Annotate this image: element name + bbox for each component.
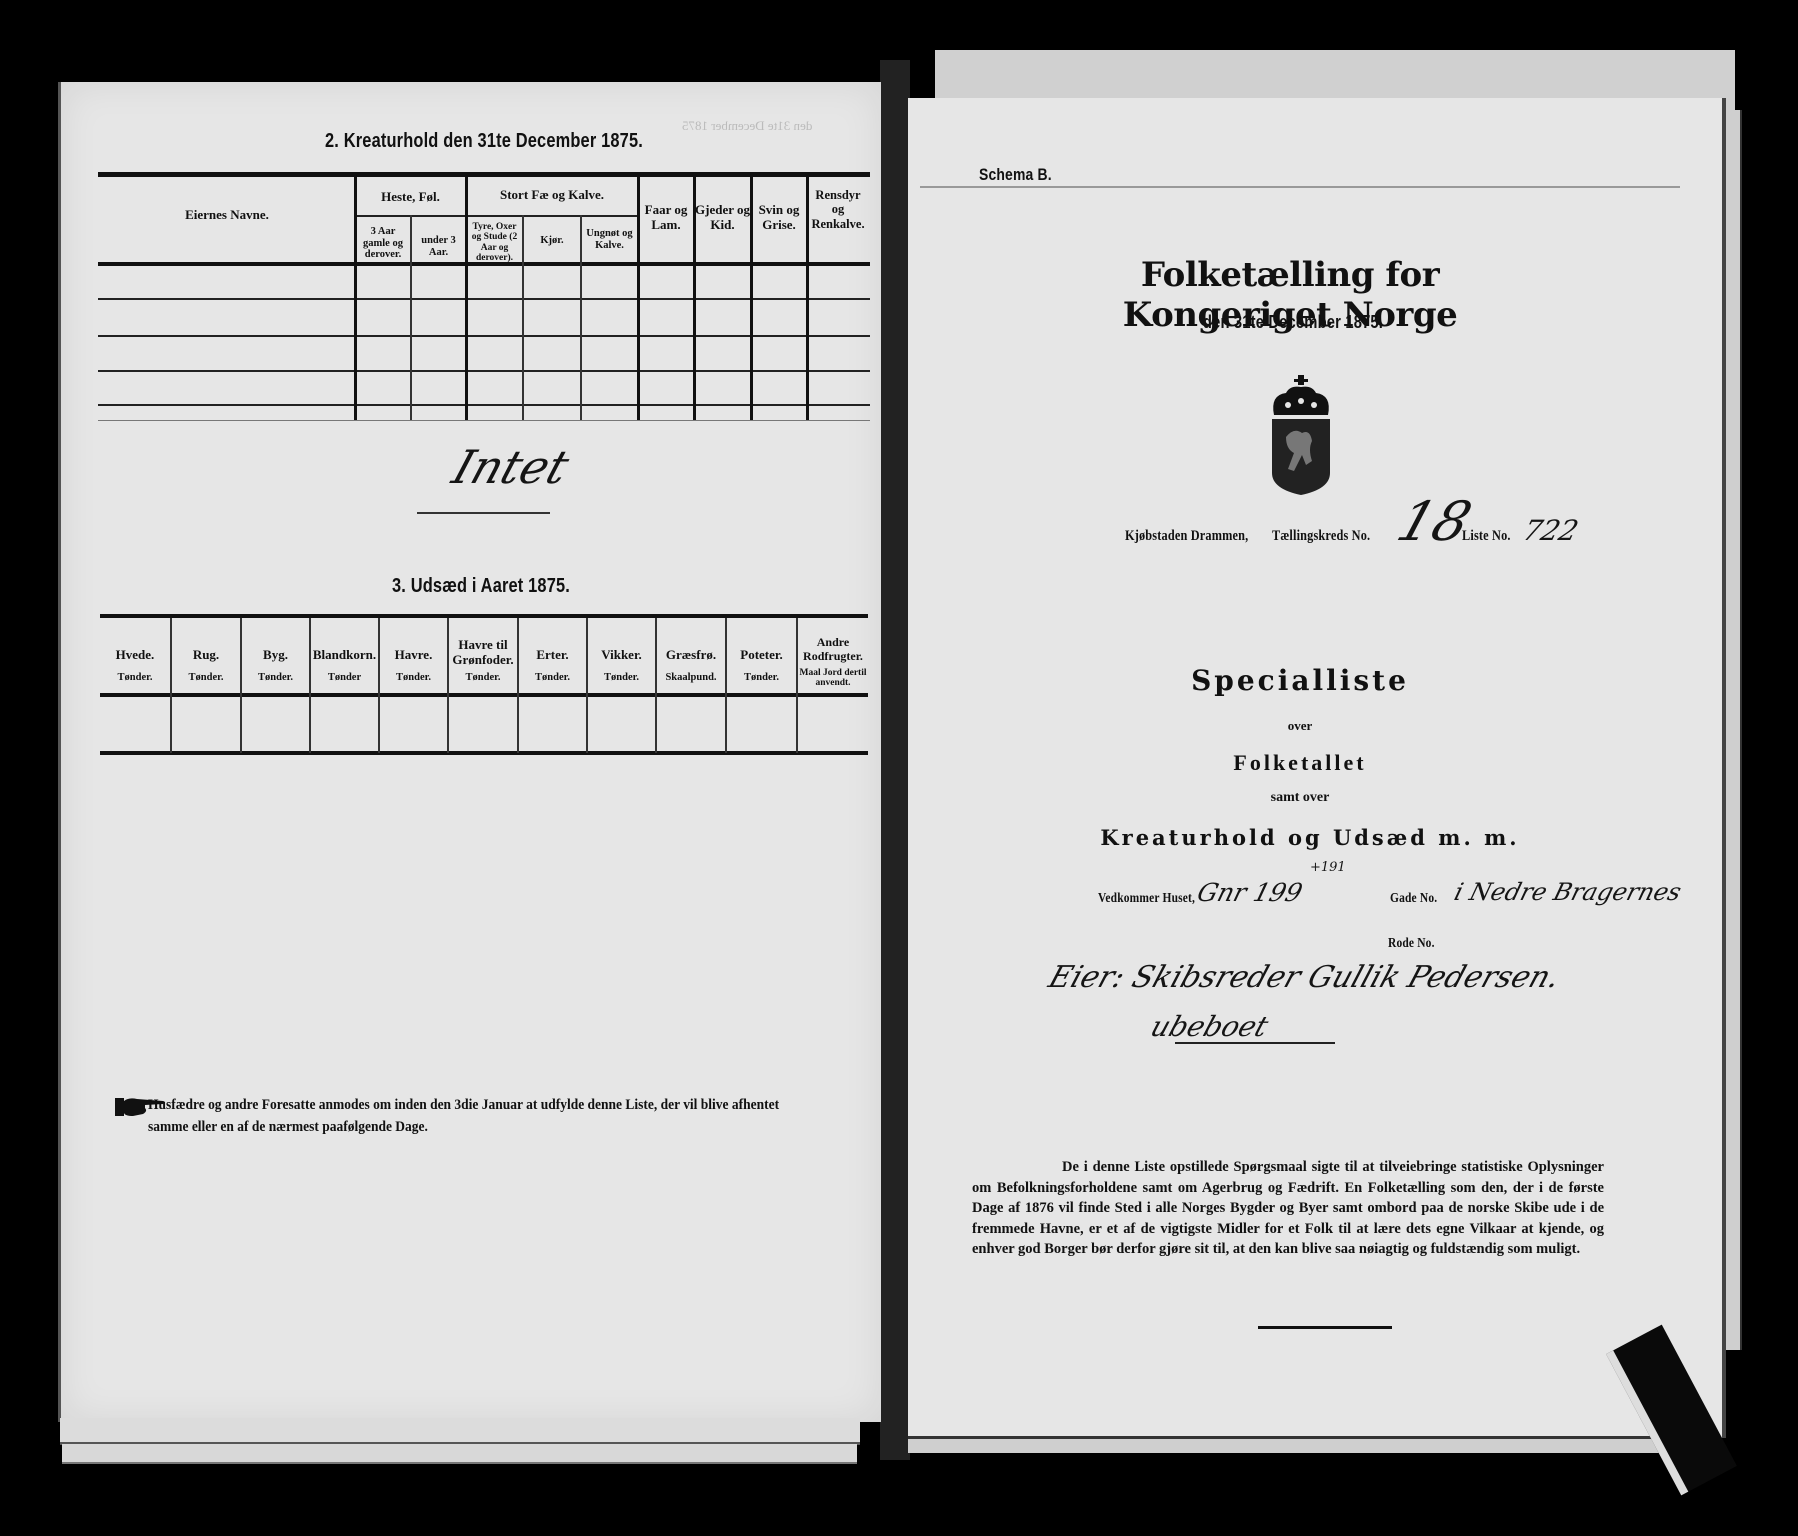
col-peas: Erter. [519, 648, 586, 663]
table-row [98, 370, 870, 372]
folketallet-text: Folketallet [1180, 750, 1420, 776]
faint-rule [920, 186, 1680, 188]
livestock-section-title: 2. Kreaturhold den 31te December 1875. [325, 130, 643, 153]
table-row [98, 335, 870, 337]
bleed-through-text: den 31te December 1875 [682, 118, 812, 134]
column-divider [354, 174, 357, 420]
header-bottom-rule [100, 693, 868, 697]
col-cattle-young: Ungnøt og Kalve. [582, 228, 637, 251]
col-horses-3yr: 3 Aar gamle og derover. [356, 226, 410, 261]
notice-text: Husfædre og andre Foresatte anmodes om i… [148, 1094, 780, 1138]
col-mixed-grain: Blandkorn. [311, 648, 378, 663]
col-vetch-unit: Tønder. [588, 672, 655, 683]
subheader-rule [354, 215, 638, 217]
book-binding [880, 60, 910, 1460]
col-vetch: Vikker. [588, 648, 655, 663]
left-page-edge [60, 1418, 860, 1445]
col-peas-unit: Tønder. [519, 672, 586, 683]
col-sheep: Faar og Lam. [639, 203, 693, 233]
left-page-edge-lower [62, 1444, 857, 1464]
house-number-superscript: +191 [1310, 860, 1346, 875]
handwritten-intet: Intet [446, 440, 576, 494]
column-divider [240, 618, 242, 753]
district-label: Tællingskreds No. [1272, 528, 1370, 545]
col-wheat: Hvede. [100, 648, 170, 663]
table-top-rule [100, 614, 868, 618]
subject-heading: Kreaturhold og Udsæd m. m. [1100, 825, 1520, 850]
explanation-text: De i denne Liste opstillede Spørgsmaal s… [972, 1157, 1604, 1260]
col-cattle: Stort Fæ og Kalve. [467, 188, 637, 203]
owner-line: Eier: Skibsreder Gullik Pedersen. [1044, 960, 1564, 995]
col-wheat-unit: Tønder. [100, 672, 170, 683]
col-other-roots: Andre Rodfrugter. [798, 636, 868, 664]
column-divider [309, 618, 311, 753]
col-cattle-bulls: Tyre, Oxer og Stude (2 Aar og derover). [467, 222, 522, 264]
list-label: Liste No. [1462, 528, 1511, 545]
col-horses-under3: under 3 Aar. [412, 235, 465, 258]
rode-label: Rode No. [1388, 935, 1435, 951]
house-number: Gnr 199 [1194, 878, 1305, 907]
closing-rule [1258, 1326, 1392, 1329]
over-text: over [1250, 718, 1350, 734]
col-pigs: Svin og Grise. [752, 203, 806, 233]
location-label: Kjøbstaden Drammen, [1125, 528, 1248, 545]
col-owners: Eiernes Navne. [100, 208, 354, 223]
table-row [98, 420, 870, 421]
col-rye: Rug. [172, 648, 240, 663]
col-mixed-grain-unit: Tønder [311, 672, 378, 683]
table-top-rule [98, 172, 870, 177]
col-oats: Havre. [380, 648, 447, 663]
seed-section-title: 3. Udsæd i Aaret 1875. [392, 575, 570, 598]
col-potatoes: Poteter. [727, 648, 796, 663]
street-label: Gade No. [1390, 890, 1437, 906]
column-divider [517, 618, 519, 753]
norwegian-coat-of-arms-icon [1268, 375, 1334, 497]
census-date: den 31te December 1875. [1191, 312, 1396, 333]
col-potatoes-unit: Tønder. [727, 672, 796, 683]
col-grass-seed-unit: Skaalpund. [657, 672, 725, 683]
house-label: Vedkommer Huset, [1098, 890, 1195, 906]
column-divider [378, 618, 380, 753]
col-other-roots-unit: Maal Jord dertil anvendt. [798, 668, 868, 688]
col-reindeer: Rensdyr og Renkalve. [808, 188, 868, 231]
col-green-oats-unit: Tønder. [449, 672, 517, 683]
table-row [98, 298, 870, 300]
column-divider [465, 174, 468, 420]
right-page-bottom-edge [908, 1436, 1708, 1453]
col-cattle-cows: Kjør. [524, 235, 580, 247]
column-divider [725, 618, 727, 753]
owner-note: ubeboet [1147, 1010, 1273, 1043]
list-number: 722 [1520, 514, 1582, 547]
samt-over-text: samt over [1230, 790, 1370, 806]
table-row [98, 404, 870, 406]
col-barley: Byg. [242, 648, 309, 663]
specialliste-heading: Specialliste [1150, 664, 1450, 697]
owner-note-underline [1175, 1042, 1335, 1044]
schema-label: Schema B. [979, 165, 1052, 185]
col-oats-unit: Tønder. [380, 672, 447, 683]
col-grass-seed: Græsfrø. [657, 648, 725, 663]
col-green-oats: Havre til Grønfoder. [449, 638, 517, 668]
col-goats: Gjeder og Kid. [695, 203, 750, 233]
column-divider [170, 618, 172, 753]
column-divider [586, 618, 588, 753]
table-bottom-rule [100, 751, 868, 755]
column-divider [655, 618, 657, 753]
explanation-paragraph: De i denne Liste opstillede Spørgsmaal s… [972, 1157, 1604, 1260]
col-horses: Heste, Føl. [356, 190, 465, 205]
col-rye-unit: Tønder. [172, 672, 240, 683]
col-barley-unit: Tønder. [242, 672, 309, 683]
signature-underline [417, 512, 550, 514]
street-value: i Nedre Bragernes [1451, 878, 1684, 906]
